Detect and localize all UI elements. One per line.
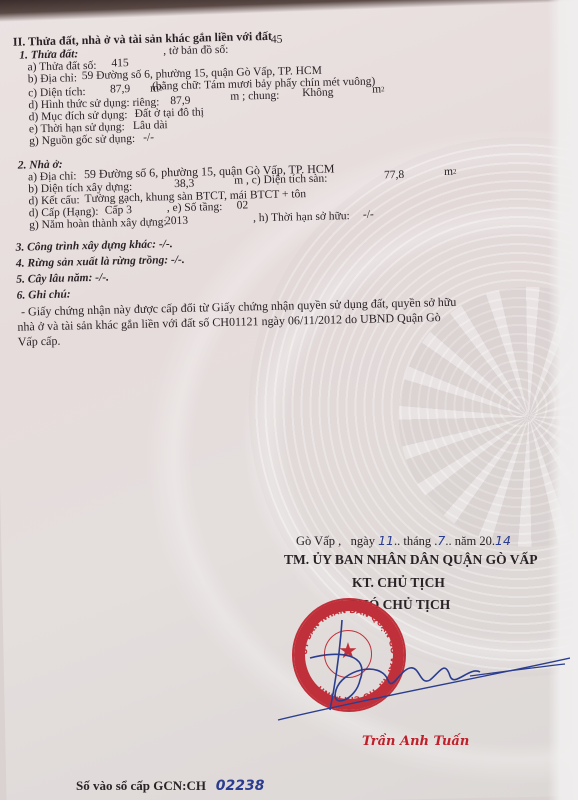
- role-kt-chairman: KT. CHỦ TỊCH: [352, 575, 445, 591]
- other-construction: 3. Công trình xây dựng khác: -/-.: [15, 238, 172, 255]
- area-unit: m2: [150, 82, 163, 95]
- area-unit-text: m: [150, 82, 159, 94]
- notes-heading: 6. Ghi chú:: [17, 288, 71, 302]
- production-forest: 4. Rừng sản xuất là rừng trồng: -/-.: [16, 254, 185, 271]
- floor-area-unit: m2: [444, 166, 457, 179]
- signer-name: Trần Anh Tuấn: [362, 734, 469, 749]
- signing-place: Gò Vấp ,: [296, 534, 341, 548]
- ownership-term-value: -/-: [363, 209, 374, 222]
- floor-area-value: 77,8: [384, 169, 404, 182]
- year-label: năm 20: [455, 534, 492, 548]
- usage-shared-value: Không: [302, 86, 334, 100]
- signing-date: Gò Vấp , ngày 11.. tháng .7.. năm 20.14: [296, 533, 511, 549]
- usage-shared-label: m ; chung:: [230, 90, 279, 104]
- month-label: tháng: [403, 534, 431, 548]
- built-area-value: 38,3: [174, 178, 194, 191]
- section-title: II. Thửa đất, nhà ở và tài sản khác gắn …: [13, 30, 272, 49]
- registry-label: Số vào sổ cấp GCN:CH: [76, 778, 206, 793]
- usage-shared-unit: m2: [372, 83, 385, 96]
- ownership-term-label: , h) Thời hạn sở hữu:: [253, 210, 350, 225]
- year-label: g) Năm hoàn thành xây dựng:: [29, 216, 167, 232]
- usage-shared-unit-text: m: [372, 83, 381, 95]
- map-sheet-value: 45: [271, 34, 283, 47]
- area-value: 87,9: [110, 83, 130, 96]
- notes-line-3: Vấp cấp.: [18, 335, 61, 349]
- handwritten-signature: [270, 620, 570, 730]
- floor-area-label: m , c) Diện tích sàn:: [234, 173, 328, 188]
- floor-area-unit-text: m: [444, 166, 453, 178]
- authority: TM. ỦY BAN NHÂN DÂN QUẬN GÒ VẤP: [284, 552, 538, 568]
- floors-label: , e) Số tầng:: [167, 201, 223, 215]
- origin-label: g) Nguồn gốc sử dụng:: [29, 133, 135, 148]
- perennial-trees: 5. Cây lâu năm: -/-.: [16, 272, 109, 287]
- land-address-label: b) Địa chỉ:: [28, 72, 77, 86]
- month-value: 7: [437, 533, 445, 548]
- registry-number: Số vào sổ cấp GCN:CH 02238: [76, 778, 264, 794]
- day-label: ngày: [351, 534, 375, 548]
- floors-value: 02: [237, 199, 249, 212]
- map-sheet-label: , tờ bản đồ số:: [163, 44, 228, 58]
- day-value: 11: [378, 533, 394, 548]
- year-value: 2013: [165, 215, 188, 229]
- registry-value: 02238: [216, 778, 265, 794]
- origin-value: -/-: [143, 132, 154, 145]
- year-value: 14: [495, 533, 511, 548]
- grade-value: Cấp 3: [105, 204, 132, 218]
